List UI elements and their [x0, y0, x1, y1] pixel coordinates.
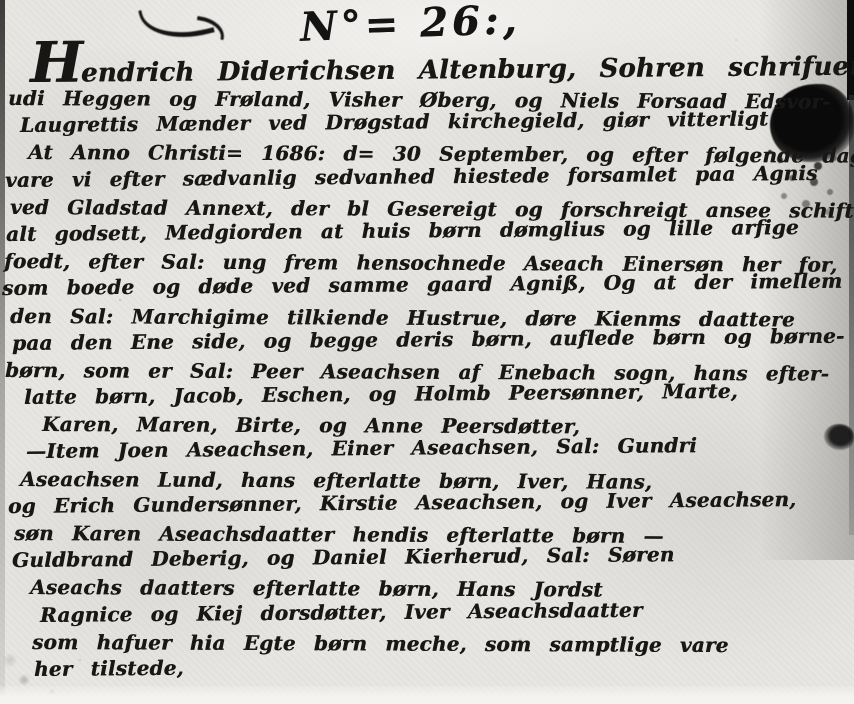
manuscript-line: Laugrettis Mænder ved Drøgstad kirchegie…: [20, 106, 854, 140]
manuscript-body: Hendrich Diderichsen Altenburg, Sohren s…: [0, 48, 854, 684]
manuscript-line: som boede og døde ved samme gaard Agniß,…: [2, 269, 854, 304]
manuscript-line: Hendrich Diderichsen Altenburg, Sohren s…: [30, 41, 854, 86]
manuscript-line: —Item Joen Aseachsen, Einer Aseachsen, S…: [26, 432, 854, 466]
manuscript-line: Guldbrand Deberig, og Daniel Kierherud, …: [12, 541, 854, 576]
page-bottom-strip: [0, 686, 854, 704]
manuscript-line: latte børn, Jacob, Eschen, og Holmb Peer…: [24, 378, 854, 412]
manuscript-line: her tilstede,: [34, 650, 854, 684]
